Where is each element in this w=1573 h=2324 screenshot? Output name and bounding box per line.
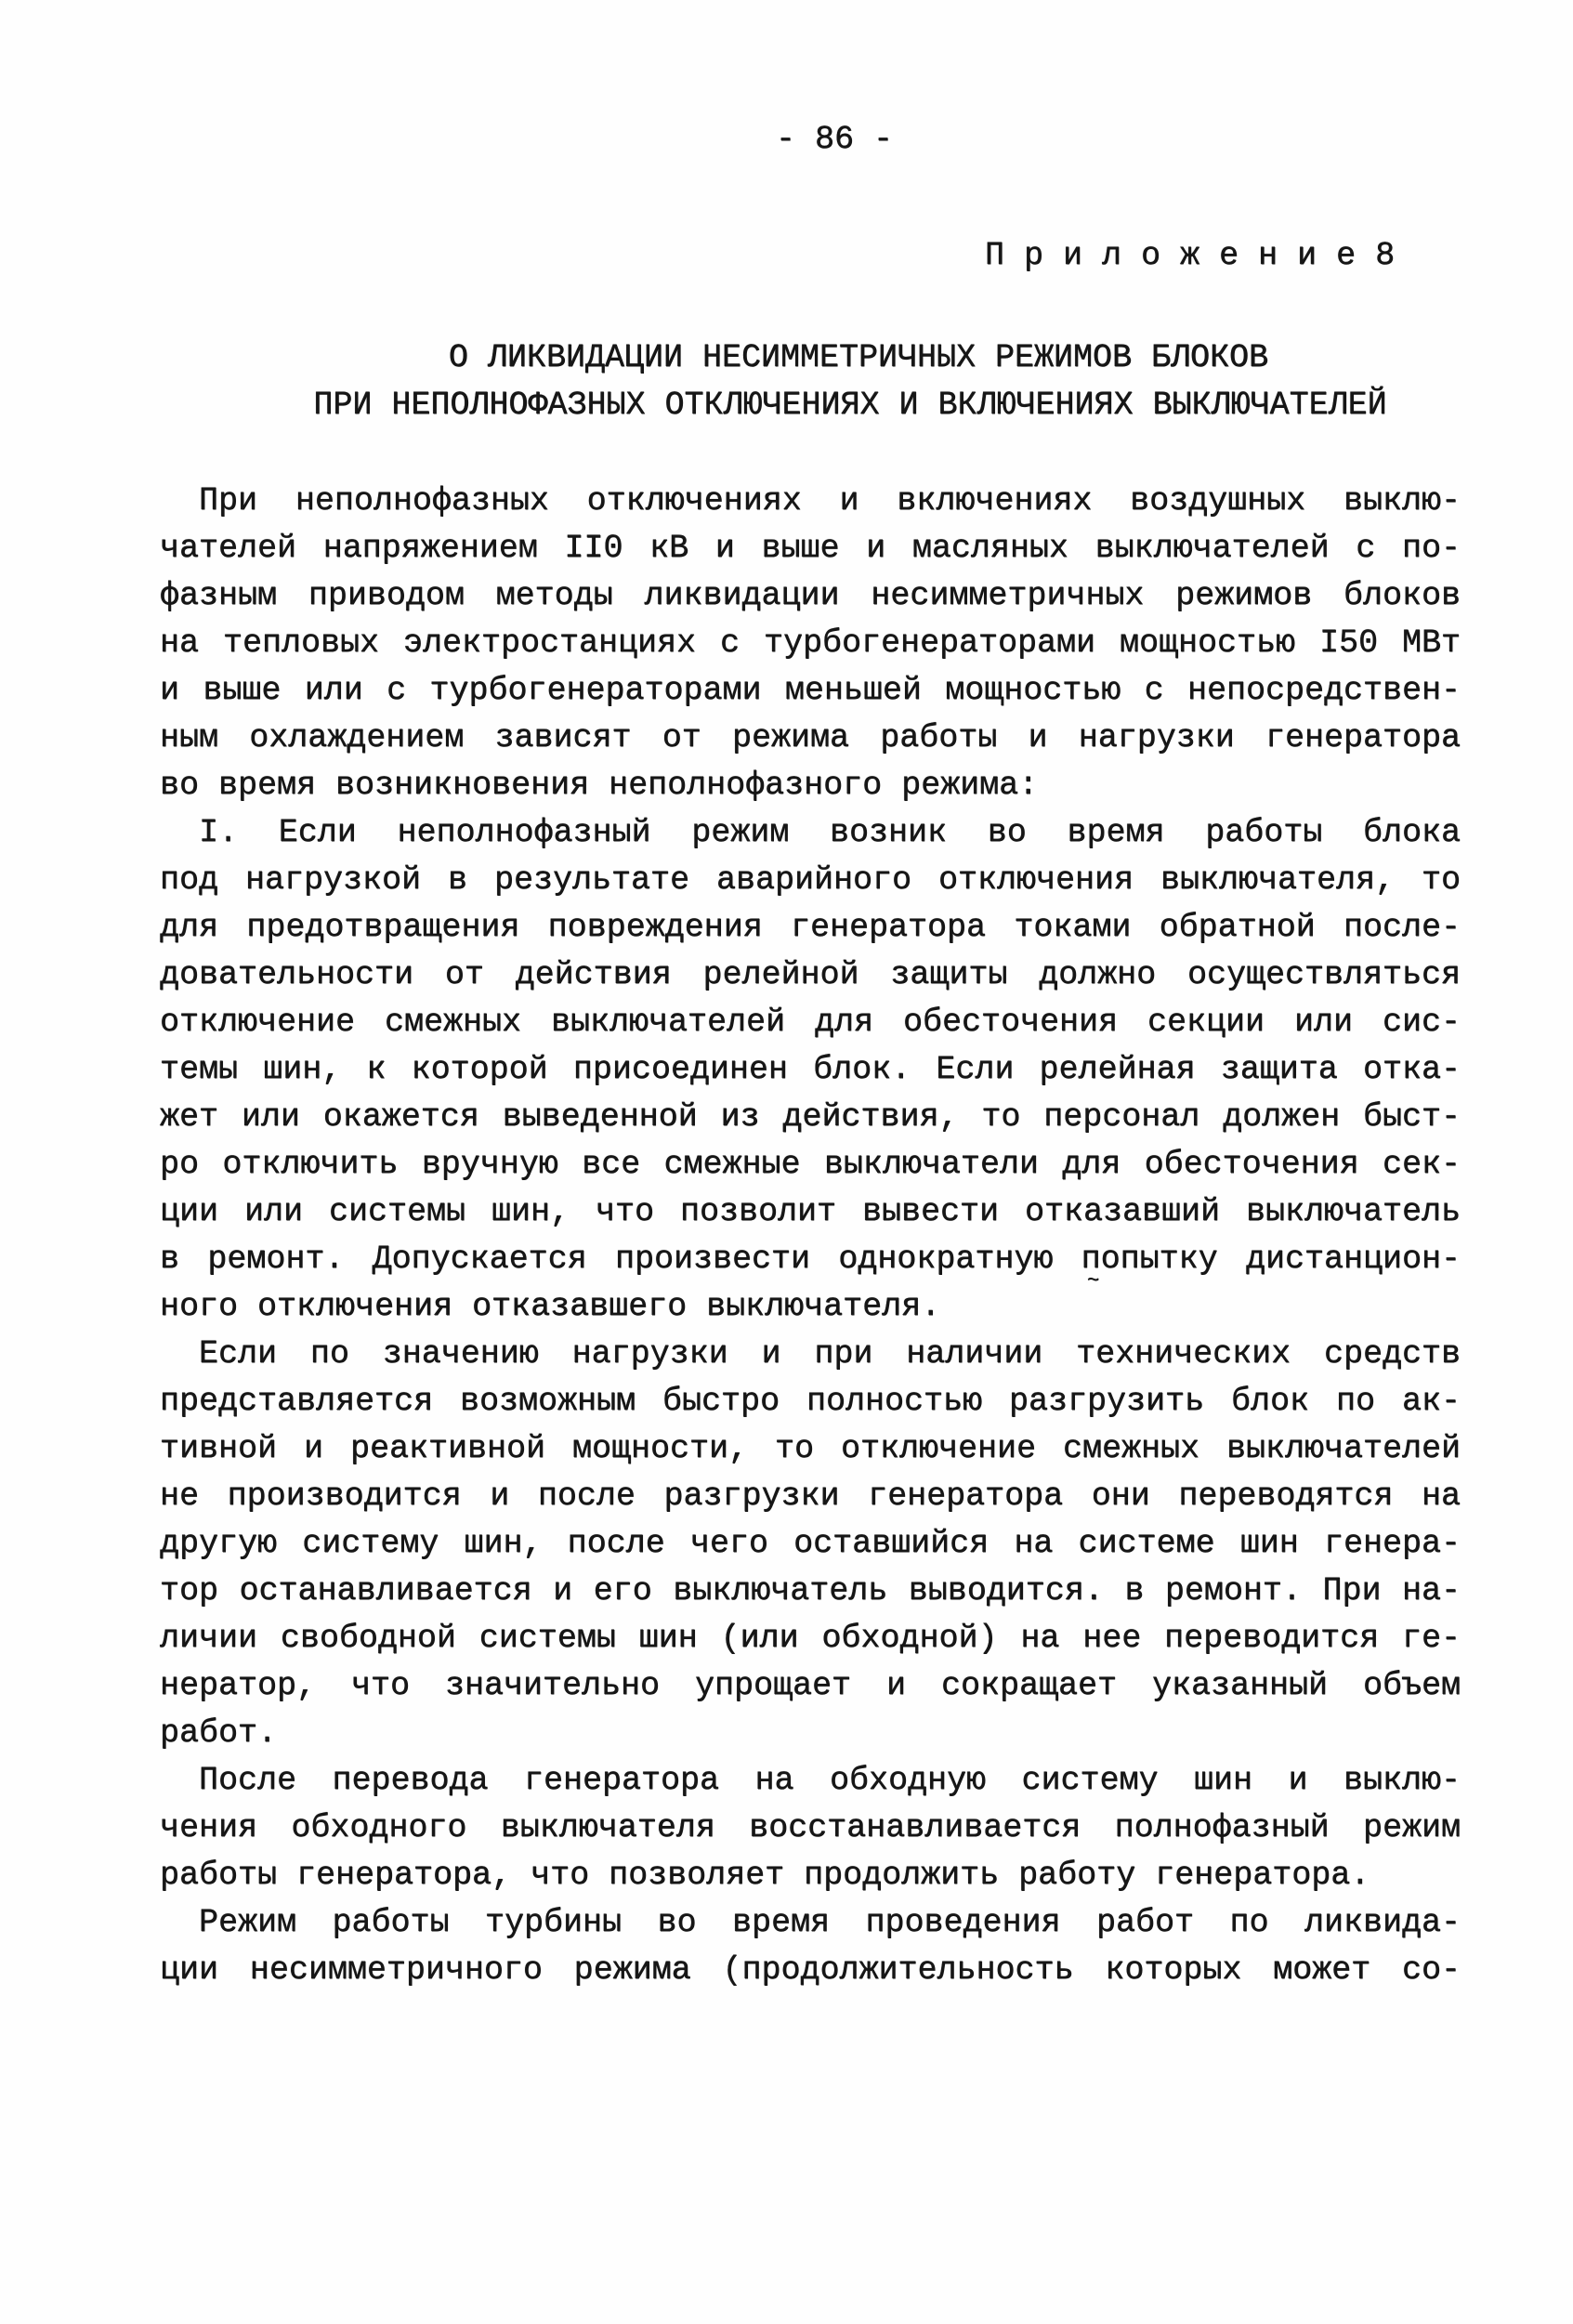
document-body: При неполнофазных отключениях и включени… bbox=[160, 478, 1461, 1994]
text-line: Если по значению нагрузки и при наличии … bbox=[160, 1331, 1461, 1378]
text-line: После перевода генератора на обходную си… bbox=[160, 1757, 1461, 1805]
text-line: под нагрузкой в результате аварийного от… bbox=[160, 857, 1461, 904]
paragraph: Режим работы турбины во время проведения… bbox=[160, 1899, 1461, 1994]
paragraph: Если по значению нагрузки и при наличии … bbox=[160, 1331, 1461, 1757]
appendix-label: П р и л о ж е н и е 8 bbox=[985, 240, 1395, 272]
text-line: Режим работы турбины во время проведения… bbox=[160, 1899, 1461, 1947]
text-line: ным охлаждением зависят от режима работы… bbox=[160, 715, 1461, 762]
page-number: - 86 - bbox=[776, 124, 893, 156]
text-line: ции несимметричного режима (продолжитель… bbox=[160, 1947, 1461, 1994]
text-line: отключение смежных выключателей для обес… bbox=[160, 999, 1461, 1046]
text-line: в ремонт. Допускается произвести однокра… bbox=[160, 1236, 1461, 1283]
text-line: фазным приводом методы ликвидации несимм… bbox=[160, 572, 1461, 620]
text-line: чения обходного выключателя восстанавлив… bbox=[160, 1805, 1461, 1852]
text-line: чателей напряжением II0 кВ и выше и масл… bbox=[160, 525, 1461, 572]
document-title-line2: ПРИ НЕПОЛНОФАЗНЫХ ОТКЛЮЧЕНИЯХ И ВКЛЮЧЕНИ… bbox=[313, 389, 1386, 422]
text-line: довательности от действия релейной защит… bbox=[160, 952, 1461, 999]
text-line: не производится и после разгрузки генера… bbox=[160, 1473, 1461, 1520]
text-line: другую систему шин, после чего оставшийс… bbox=[160, 1520, 1461, 1568]
text-line: тор останавливается и его выключатель вы… bbox=[160, 1568, 1461, 1615]
text-line: тивной и реактивной мощности, то отключе… bbox=[160, 1425, 1461, 1473]
text-line: во время возникновения неполнофазного ре… bbox=[160, 762, 1461, 809]
paragraph: I. Если неполнофазный режим возник во вр… bbox=[160, 809, 1461, 1331]
text-line: темы шин, к которой присоединен блок. Ес… bbox=[160, 1046, 1461, 1094]
scanned-document-page: - 86 - П р и л о ж е н и е 8 О ЛИКВИДАЦИ… bbox=[0, 0, 1573, 2324]
text-line: представляется возможным быстро полность… bbox=[160, 1378, 1461, 1425]
text-line: ции или системы шин, что позволит вывест… bbox=[160, 1188, 1461, 1236]
text-line: работ. bbox=[160, 1710, 1461, 1757]
text-line: При неполнофазных отключениях и включени… bbox=[160, 478, 1461, 525]
text-line: на тепловых электростанциях с турбогенер… bbox=[160, 620, 1461, 667]
text-line: ро отключить вручную все смежные выключа… bbox=[160, 1141, 1461, 1188]
paragraph: После перевода генератора на обходную си… bbox=[160, 1757, 1461, 1899]
text-line: личии свободной системы шин (или обходно… bbox=[160, 1615, 1461, 1662]
text-line: работы генератора, что позволяет продолж… bbox=[160, 1852, 1461, 1899]
text-line: и выше или с турбогенераторами меньшей м… bbox=[160, 667, 1461, 715]
stray-mark: ~ bbox=[1087, 1271, 1099, 1292]
text-line: нератор, что значительно упрощает и сокр… bbox=[160, 1662, 1461, 1710]
text-line: для предотвращения повреждения генератор… bbox=[160, 904, 1461, 952]
text-line: ного отключения отказавшего выключателя. bbox=[160, 1283, 1461, 1331]
paragraph: При неполнофазных отключениях и включени… bbox=[160, 478, 1461, 809]
text-line: жет или окажется выведенной из действия,… bbox=[160, 1094, 1461, 1141]
text-line: I. Если неполнофазный режим возник во вр… bbox=[160, 809, 1461, 857]
document-title-line1: О ЛИКВИДАЦИИ НЕСИММЕТРИЧНЫХ РЕЖИМОВ БЛОК… bbox=[449, 342, 1268, 374]
